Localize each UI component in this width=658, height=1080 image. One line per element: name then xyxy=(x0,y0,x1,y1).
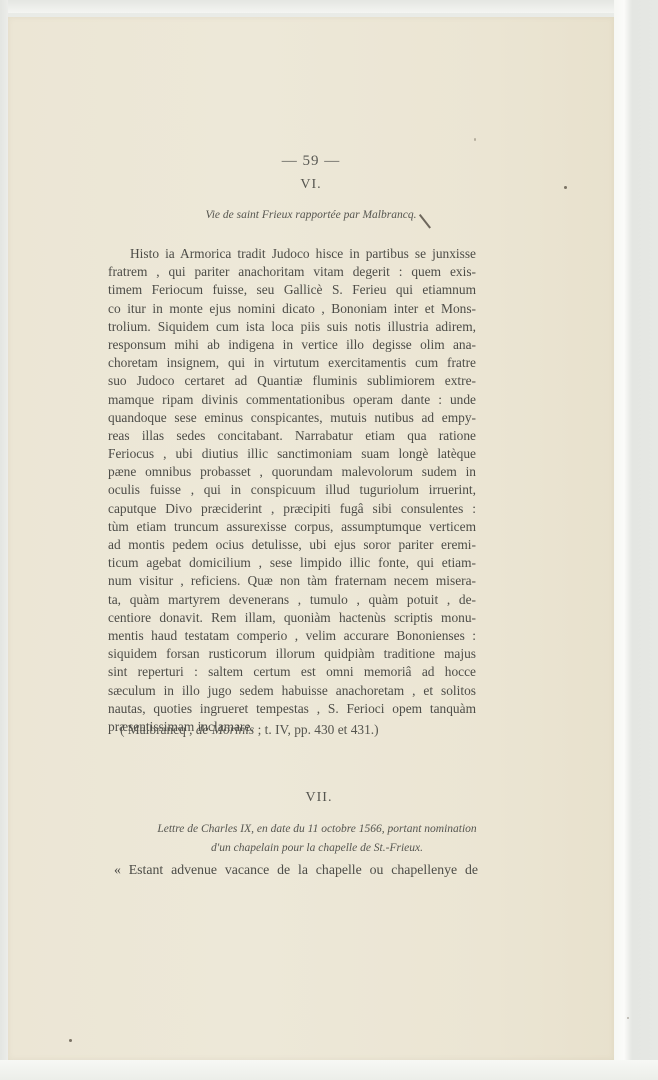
body-line: num visitur , reficiens. Quæ non tàm fra… xyxy=(108,572,476,590)
body-line: Histo ia Armorica tradit Judoco hisce in… xyxy=(108,245,476,263)
body-line: ta, quàm martyrem devenerans , tumulo , … xyxy=(108,591,476,609)
quote-first-line: « Estant advenue vacance de la chapelle … xyxy=(114,862,478,878)
body-line: sæculum in illo jugo sedem habuisse anac… xyxy=(108,682,476,700)
body-line: mamque ripam divinis commentationibus op… xyxy=(108,391,476,409)
section-heading-vi: VI. xyxy=(8,177,614,193)
body-line: ad montis pedem ocius detulisse, ubi eju… xyxy=(108,536,476,554)
citation-work: de Morinis xyxy=(196,722,254,737)
scan-frame-bottom xyxy=(0,1060,658,1080)
body-line: ticum agebat domicilium , sese limpido i… xyxy=(108,554,476,572)
section-heading-vii: VII. xyxy=(16,790,622,806)
paper-speck xyxy=(474,138,476,141)
scan-frame-left xyxy=(0,0,8,1080)
paper-speck xyxy=(627,1017,629,1019)
citation-open: ( Malbrancq , xyxy=(120,722,196,737)
body-line: timem Feriocum fuisse, seu Gallicè S. Fe… xyxy=(108,281,476,299)
body-line: co itur in monte ejus nomini dicato , Bo… xyxy=(108,300,476,318)
body-line: nautas, quoties ingrueret tempestas , S.… xyxy=(108,700,476,718)
body-line: suo Judoco certaret ad Quantiæ fluminis … xyxy=(108,372,476,390)
body-line: trolium. Siquidem cum ista loca piis sui… xyxy=(108,318,476,336)
section-subtitle-vi: Vie de saint Frieux rapportée par Malbra… xyxy=(8,206,614,225)
book-page: — 59 — VI. Vie de saint Frieux rapportée… xyxy=(8,17,614,1060)
paper-speck xyxy=(564,186,567,189)
scan-frame-right xyxy=(614,0,658,1080)
page-number: — 59 — xyxy=(8,153,614,170)
body-line: quandoque sese eminus conspicantes, mutu… xyxy=(108,409,476,427)
body-line: tùm etiam truncum assurexisse corpus, as… xyxy=(108,518,476,536)
paper-speck xyxy=(69,1039,72,1042)
body-line: choretam insignem, qui in virtutum exerc… xyxy=(108,354,476,372)
body-line: centiore donavit. Rem illam, quoniàm hac… xyxy=(108,609,476,627)
scan-frame-top xyxy=(0,0,658,13)
body-line: Feriocus , ubi diutius illic sanctimonia… xyxy=(108,445,476,463)
subtitle-line-1: Lettre de Charles IX, en date du 11 octo… xyxy=(14,820,620,839)
body-line: responsum mihi ab indigena in vertice il… xyxy=(108,336,476,354)
body-line: sint reperturi : saltem certum est omni … xyxy=(108,663,476,681)
body-line: caputque Divo præciderint , præcipiti fu… xyxy=(108,500,476,518)
citation: ( Malbrancq , de Morinis ; t. IV, pp. 43… xyxy=(120,722,379,738)
body-line: pæne omnibus probasset , quorundam malev… xyxy=(108,463,476,481)
section-vi-body: Histo ia Armorica tradit Judoco hisce in… xyxy=(108,245,476,736)
body-line: mentis haud testatam comperio , velim ac… xyxy=(108,627,476,645)
body-line: reas illas sedes concitabant. Narrabatur… xyxy=(108,427,476,445)
body-line: siquidem forsan rusticorum illorum quidp… xyxy=(108,645,476,663)
body-line: oculis fuisse , qui in conspicuum illud … xyxy=(108,481,476,499)
subtitle-line-2: d'un chapelain pour la chapelle de St.-F… xyxy=(14,839,620,858)
citation-rest: ; t. IV, pp. 430 et 431.) xyxy=(254,722,378,737)
section-subtitle-vii: Lettre de Charles IX, en date du 11 octo… xyxy=(14,820,620,858)
body-line: fratrem , qui pariter anachoritam vitam … xyxy=(108,263,476,281)
